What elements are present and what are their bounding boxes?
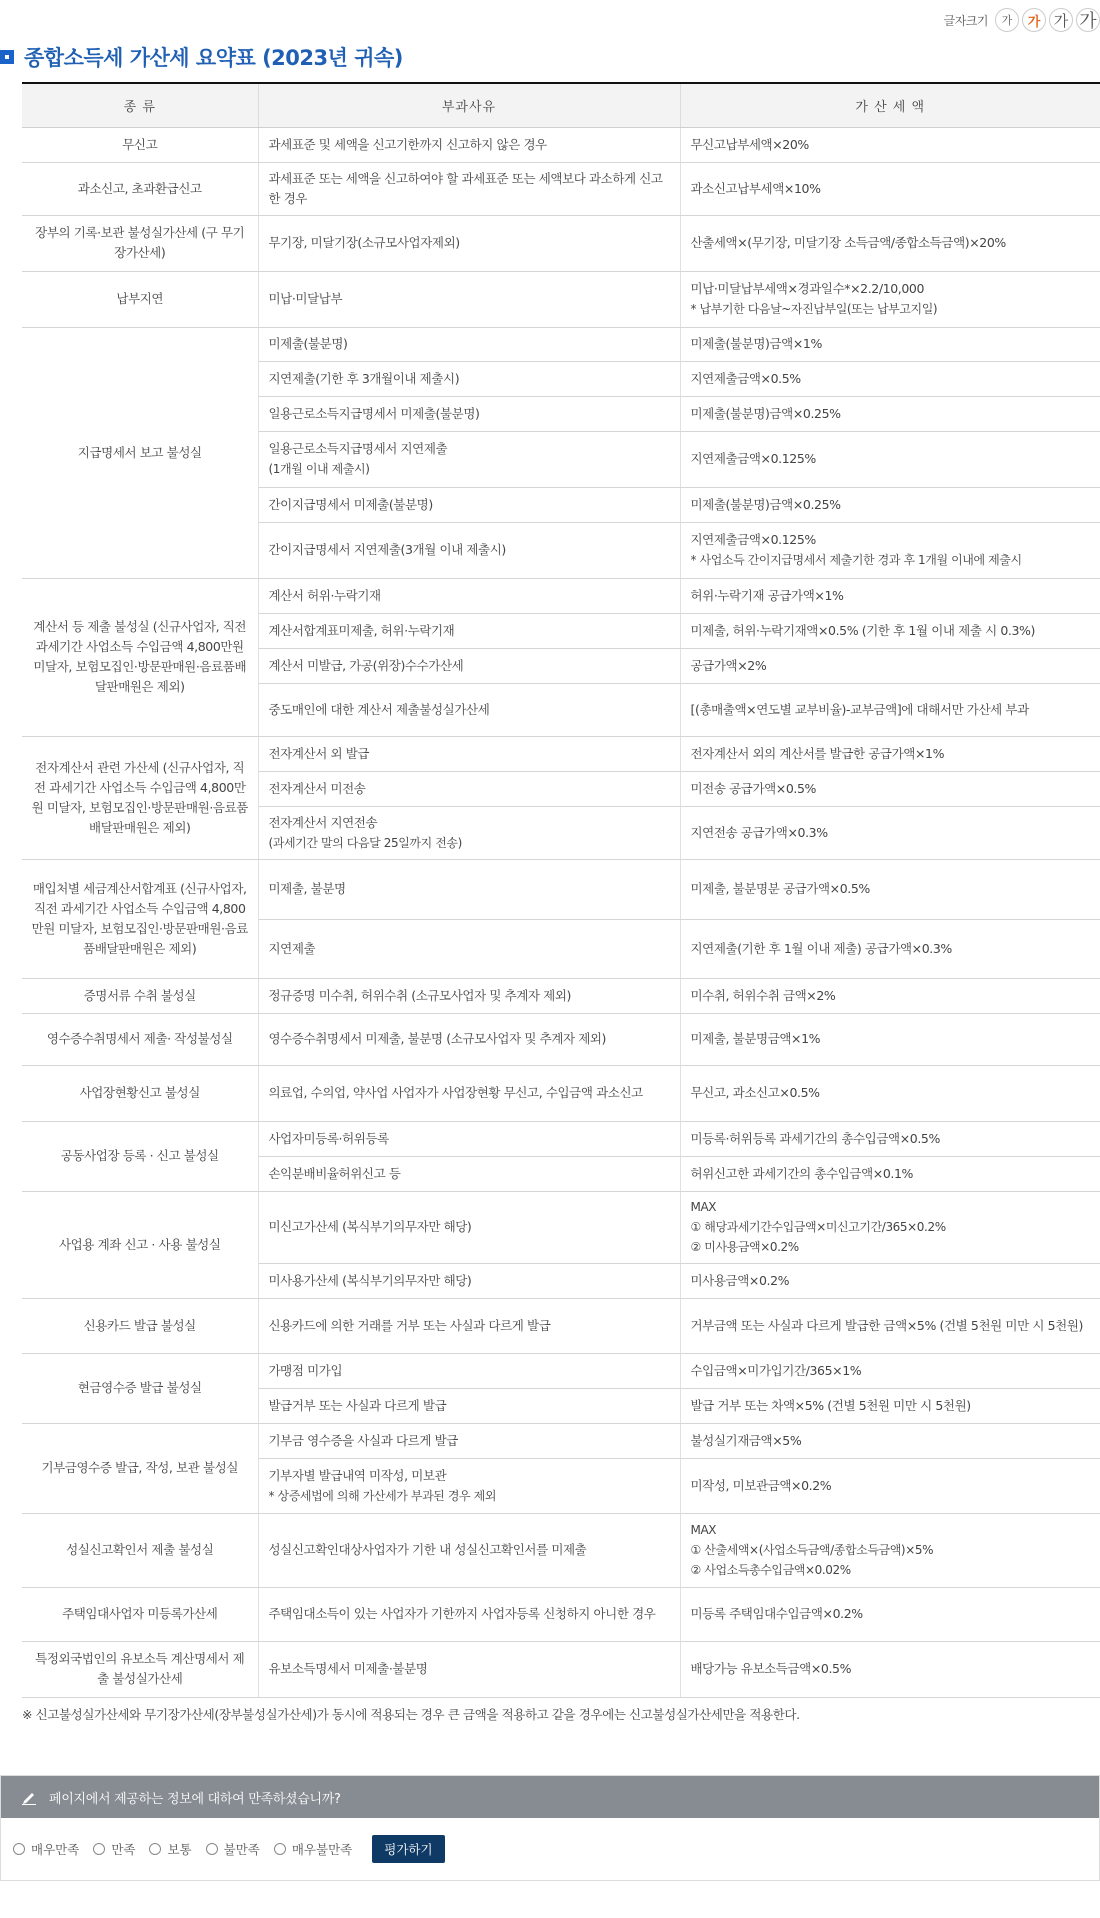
- kind-cell: 특정외국법인의 유보소득 계산명세서 제출 불성실가산세: [22, 1641, 258, 1697]
- amount-cell: 무신고납부세액×20%: [680, 127, 1100, 162]
- table-row: 사업용 계좌 신고 · 사용 불성실 미신고가산세 (복식부기의무자만 해당) …: [22, 1191, 1100, 1263]
- reason-cell: 간이지급명세서 미제출(불분명): [258, 487, 680, 522]
- reason-cell: 미사용가산세 (복식부기의무자만 해당): [258, 1263, 680, 1298]
- table-row: 성실신고확인서 제출 불성실 성실신고확인대상사업자가 기한 내 성실신고확인서…: [22, 1513, 1100, 1587]
- amount-cell: 산출세액×(무기장, 미달기장 소득금액/종합소득금액)×20%: [680, 215, 1100, 271]
- kind-cell: 과소신고, 초과환급신고: [22, 162, 258, 215]
- table-row: 영수증수취명세서 제출· 작성불성실 영수증수취명세서 미제출, 불분명 (소규…: [22, 1013, 1100, 1065]
- amount-cell: 거부금액 또는 사실과 다르게 발급한 금액×5% (건별 5천원 미만 시 5…: [680, 1298, 1100, 1353]
- kind-cell: 무신고: [22, 127, 258, 162]
- table-row: 계산서 등 제출 불성실 (신규사업자, 직전 과세기간 사업소득 수입금액 4…: [22, 578, 1100, 613]
- amount-option-2: ② 사업소득총수입금액×0.02%: [691, 1560, 1091, 1580]
- reason-cell: 기부금 영수증을 사실과 다르게 발급: [258, 1423, 680, 1458]
- reason-cell: 일용근로소득지급명세서 미제출(불분명): [258, 396, 680, 431]
- amount-cell: 미제출(불분명)금액×1%: [680, 327, 1100, 361]
- reason-cell: 계산서합계표미제출, 허위·누락기재: [258, 613, 680, 648]
- kind-cell: 성실신고확인서 제출 불성실: [22, 1513, 258, 1587]
- table-row: 매입처별 세금계산서합계표 (신규사업자, 직전 과세기간 사업소득 수입금액 …: [22, 859, 1100, 919]
- kind-cell: 기부금영수증 발급, 작성, 보관 불성실: [22, 1423, 258, 1513]
- table-row: 과소신고, 초과환급신고 과세표준 또는 세액을 신고하여야 할 과세표준 또는…: [22, 162, 1100, 215]
- reason-cell: 사업자미등록·허위등록: [258, 1121, 680, 1156]
- reason-note: * 상증세법에 의해 가산세가 부과된 경우 제외: [269, 1486, 670, 1506]
- amount-option-2: ② 미사용금액×0.2%: [691, 1237, 1091, 1257]
- reason-cell: 과세표준 또는 세액을 신고하여야 할 과세표준 또는 세액보다 과소하게 신고…: [258, 162, 680, 215]
- page-title-block: 종합소득세 가산세 요약표 (2023년 귀속): [0, 42, 403, 72]
- reason-cell: 지연제출: [258, 919, 680, 978]
- table-row: 공동사업장 등록 · 신고 불성실 사업자미등록·허위등록 미등록·허위등록 과…: [22, 1121, 1100, 1156]
- radio-button[interactable]: [206, 1843, 218, 1855]
- kind-cell: 매입처별 세금계산서합계표 (신규사업자, 직전 과세기간 사업소득 수입금액 …: [22, 859, 258, 978]
- kind-cell: 계산서 등 제출 불성실 (신규사업자, 직전 과세기간 사업소득 수입금액 4…: [22, 578, 258, 736]
- penalty-tax-summary-table: 종 류 부과사유 가 산 세 액 무신고 과세표준 및 세액을 신고기한까지 신…: [22, 82, 1100, 1698]
- font-size-largest-button[interactable]: 가: [1076, 8, 1100, 32]
- reason-cell: 손익분배비율허위신고 등: [258, 1156, 680, 1191]
- amount-cell: MAX① 산출세액×(사업소득금액/종합소득금액)×5%② 사업소득총수입금액×…: [680, 1513, 1100, 1587]
- reason-cell: 정규증명 미수취, 허위수취 (소규모사업자 및 추계자 제외): [258, 978, 680, 1013]
- reason-cell: 의료업, 수의업, 약사업 사업자가 사업장현황 무신고, 수입금액 과소신고: [258, 1065, 680, 1121]
- amount-cell: 미전송 공급가액×0.5%: [680, 771, 1100, 806]
- amount-cell: 지연제출금액×0.125%: [680, 431, 1100, 487]
- reason-cell: 신용카드에 의한 거래를 거부 또는 사실과 다르게 발급: [258, 1298, 680, 1353]
- radio-button[interactable]: [13, 1843, 25, 1855]
- amount-cell: 미제출, 불분명분 공급가액×0.5%: [680, 859, 1100, 919]
- font-size-label: 글자크기: [944, 12, 988, 29]
- kind-cell: 공동사업장 등록 · 신고 불성실: [22, 1121, 258, 1191]
- table-row: 지급명세서 보고 불성실 미제출(불분명) 미제출(불분명)금액×1%: [22, 327, 1100, 361]
- kind-cell: 주택임대사업자 미등록가산세: [22, 1587, 258, 1641]
- reason-note: (과세기간 말의 다음달 25일까지 전송): [269, 833, 670, 853]
- table-row: 납부지연 미납·미달납부 미납·미달납부세액×경과일수*×2.2/10,000*…: [22, 271, 1100, 327]
- table-row: 현금영수증 발급 불성실 가맹점 미가입 수입금액×미가입기간/365×1%: [22, 1353, 1100, 1388]
- reason-cell: 전자계산서 미전송: [258, 771, 680, 806]
- pencil-icon: [21, 1789, 37, 1805]
- table-row: 기부금영수증 발급, 작성, 보관 불성실 기부금 영수증을 사실과 다르게 발…: [22, 1423, 1100, 1458]
- header-reason: 부과사유: [258, 83, 680, 127]
- amount-max-label: MAX: [691, 1520, 1091, 1540]
- reason-cell: 주택임대소득이 있는 사업자가 기한까지 사업자등록 신청하지 아니한 경우: [258, 1587, 680, 1641]
- amount-cell: 허위·누락기재 공급가액×1%: [680, 578, 1100, 613]
- radio-button[interactable]: [93, 1843, 105, 1855]
- reason-cell: 계산서 허위·누락기재: [258, 578, 680, 613]
- amount-text: 지연제출금액×0.125%: [691, 532, 816, 547]
- page-title: 종합소득세 가산세 요약표 (2023년 귀속): [24, 42, 403, 72]
- amount-max-label: MAX: [691, 1197, 1091, 1217]
- amount-option-1: ① 산출세액×(사업소득금액/종합소득금액)×5%: [691, 1540, 1091, 1560]
- reason-cell: 성실신고확인대상사업자가 기한 내 성실신고확인서를 미제출: [258, 1513, 680, 1587]
- table-row: 신용카드 발급 불성실 신용카드에 의한 거래를 거부 또는 사실과 다르게 발…: [22, 1298, 1100, 1353]
- reason-cell: 미납·미달납부: [258, 271, 680, 327]
- radio-button[interactable]: [274, 1843, 286, 1855]
- rating-neutral[interactable]: 보통: [149, 1840, 191, 1858]
- reason-cell: 미신고가산세 (복식부기의무자만 해당): [258, 1191, 680, 1263]
- kind-cell: 장부의 기록·보관 불성실가산세 (구 무기장가산세): [22, 215, 258, 271]
- table-row: 전자계산서 관련 가산세 (신규사업자, 직전 과세기간 사업소득 수입금액 4…: [22, 736, 1100, 771]
- rating-very-dissatisfied[interactable]: 매우불만족: [274, 1840, 352, 1858]
- reason-note: (1개월 이내 제출시): [269, 459, 670, 479]
- satisfaction-survey: 페이지에서 제공하는 정보에 대하여 만족하셨습니까? 매우만족 만족 보통 불…: [0, 1775, 1100, 1881]
- amount-note: * 납부기한 다음날~자진납부일(또는 납부고지일): [691, 299, 1091, 319]
- amount-cell: 미제출, 허위·누락기재액×0.5% (기한 후 1월 이내 제출 시 0.3%…: [680, 613, 1100, 648]
- rating-dissatisfied[interactable]: 불만족: [206, 1840, 260, 1858]
- reason-cell: 미제출, 불분명: [258, 859, 680, 919]
- amount-cell: 지연전송 공급가액×0.3%: [680, 806, 1100, 859]
- amount-cell: 허위신고한 과세기간의 총수입금액×0.1%: [680, 1156, 1100, 1191]
- font-size-smallest-button[interactable]: 가: [995, 8, 1019, 32]
- table-row: 주택임대사업자 미등록가산세 주택임대소득이 있는 사업자가 기한까지 사업자등…: [22, 1587, 1100, 1641]
- kind-cell: 현금영수증 발급 불성실: [22, 1353, 258, 1423]
- kind-cell: 사업장현황신고 불성실: [22, 1065, 258, 1121]
- amount-cell: 미사용금액×0.2%: [680, 1263, 1100, 1298]
- amount-cell: 미제출(불분명)금액×0.25%: [680, 487, 1100, 522]
- amount-cell: 불성실기재금액×5%: [680, 1423, 1100, 1458]
- amount-cell: 과소신고납부세액×10%: [680, 162, 1100, 215]
- option-label: 보통: [167, 1840, 191, 1858]
- amount-option-1: ① 해당과세기간수입금액×미신고기간/365×0.2%: [691, 1217, 1091, 1237]
- amount-cell: 미작성, 미보관금액×0.2%: [680, 1458, 1100, 1513]
- font-size-large-button[interactable]: 가: [1049, 8, 1073, 32]
- option-label: 매우만족: [31, 1840, 79, 1858]
- table-header-row: 종 류 부과사유 가 산 세 액: [22, 83, 1100, 127]
- option-label: 불만족: [224, 1840, 260, 1858]
- table-row: 무신고 과세표준 및 세액을 신고기한까지 신고하지 않은 경우 무신고납부세액…: [22, 127, 1100, 162]
- table-row: 특정외국법인의 유보소득 계산명세서 제출 불성실가산세 유보소득명세서 미제출…: [22, 1641, 1100, 1697]
- survey-question: 페이지에서 제공하는 정보에 대하여 만족하셨습니까?: [49, 1788, 341, 1807]
- reason-cell: 영수증수취명세서 미제출, 불분명 (소규모사업자 및 추계자 제외): [258, 1013, 680, 1065]
- reason-cell: 무기장, 미달기장(소규모사업자제외): [258, 215, 680, 271]
- amount-cell: 미제출(불분명)금액×0.25%: [680, 396, 1100, 431]
- survey-header: 페이지에서 제공하는 정보에 대하여 만족하셨습니까?: [1, 1776, 1099, 1818]
- amount-note: * 사업소득 간이지급명세서 제출기한 경과 후 1개월 이내에 제출시: [691, 550, 1091, 570]
- reason-cell: 유보소득명세서 미제출·불분명: [258, 1641, 680, 1697]
- reason-text: 일용근로소득지급명세서 지연제출: [269, 441, 448, 456]
- font-size-control: 글자크기 가 가 가 가: [944, 8, 1100, 32]
- rating-satisfied[interactable]: 만족: [93, 1840, 135, 1858]
- kind-cell: 전자계산서 관련 가산세 (신규사업자, 직전 과세기간 사업소득 수입금액 4…: [22, 736, 258, 859]
- amount-cell: 미등록 주택임대수입금액×0.2%: [680, 1587, 1100, 1641]
- reason-cell: 기부자별 발급내역 미작성, 미보관* 상증세법에 의해 가산세가 부과된 경우…: [258, 1458, 680, 1513]
- reason-cell: 전자계산서 외 발급: [258, 736, 680, 771]
- amount-text: 미납·미달납부세액×경과일수*×2.2/10,000: [691, 281, 925, 296]
- kind-cell: 납부지연: [22, 271, 258, 327]
- font-size-normal-button[interactable]: 가: [1022, 8, 1046, 32]
- submit-rating-button[interactable]: 평가하기: [372, 1835, 444, 1863]
- kind-cell: 사업용 계좌 신고 · 사용 불성실: [22, 1191, 258, 1298]
- table-row: 장부의 기록·보관 불성실가산세 (구 무기장가산세) 무기장, 미달기장(소규…: [22, 215, 1100, 271]
- title-square-icon: [0, 50, 14, 64]
- amount-cell: 발급 거부 또는 차액×5% (건별 5천원 미만 시 5천원): [680, 1388, 1100, 1423]
- reason-cell: 발급거부 또는 사실과 다르게 발급: [258, 1388, 680, 1423]
- reason-cell: 일용근로소득지급명세서 지연제출(1개월 이내 제출시): [258, 431, 680, 487]
- amount-cell: 미수취, 허위수취 금액×2%: [680, 978, 1100, 1013]
- amount-cell: 미제출, 불분명금액×1%: [680, 1013, 1100, 1065]
- reason-cell: 중도매인에 대한 계산서 제출불성실가산세: [258, 683, 680, 736]
- survey-options: 매우만족 만족 보통 불만족 매우불만족 평가하기: [1, 1818, 1099, 1880]
- amount-cell: 배당가능 유보소득금액×0.5%: [680, 1641, 1100, 1697]
- reason-cell: 미제출(불분명): [258, 327, 680, 361]
- option-label: 만족: [111, 1840, 135, 1858]
- kind-cell: 지급명세서 보고 불성실: [22, 327, 258, 578]
- amount-cell: 지연제출(기한 후 1월 이내 제출) 공급가액×0.3%: [680, 919, 1100, 978]
- reason-text: 기부자별 발급내역 미작성, 미보관: [269, 1468, 447, 1483]
- table-row: 증명서류 수취 불성실 정규증명 미수취, 허위수취 (소규모사업자 및 추계자…: [22, 978, 1100, 1013]
- header-kind: 종 류: [22, 83, 258, 127]
- table-footnote: ※ 신고불성실가산세와 무기장가산세(장부불성실가산세)가 동시에 적용되는 경…: [22, 1705, 800, 1723]
- rating-very-satisfied[interactable]: 매우만족: [13, 1840, 79, 1858]
- kind-cell: 영수증수취명세서 제출· 작성불성실: [22, 1013, 258, 1065]
- amount-cell: 공급가액×2%: [680, 648, 1100, 683]
- amount-cell: 지연제출금액×0.125%* 사업소득 간이지급명세서 제출기한 경과 후 1개…: [680, 522, 1100, 578]
- reason-cell: 지연제출(기한 후 3개월이내 제출시): [258, 361, 680, 396]
- kind-cell: 신용카드 발급 불성실: [22, 1298, 258, 1353]
- kind-cell: 증명서류 수취 불성실: [22, 978, 258, 1013]
- amount-cell: 무신고, 과소신고×0.5%: [680, 1065, 1100, 1121]
- reason-cell: 가맹점 미가입: [258, 1353, 680, 1388]
- amount-cell: 지연제출금액×0.5%: [680, 361, 1100, 396]
- radio-button[interactable]: [149, 1843, 161, 1855]
- table-row: 사업장현황신고 불성실 의료업, 수의업, 약사업 사업자가 사업장현황 무신고…: [22, 1065, 1100, 1121]
- amount-cell: 수입금액×미가입기간/365×1%: [680, 1353, 1100, 1388]
- amount-cell: 미납·미달납부세액×경과일수*×2.2/10,000* 납부기한 다음날~자진납…: [680, 271, 1100, 327]
- reason-cell: 계산서 미발급, 가공(위장)수수가산세: [258, 648, 680, 683]
- amount-cell: 전자계산서 외의 계산서를 발급한 공급가액×1%: [680, 736, 1100, 771]
- reason-cell: 간이지급명세서 지연제출(3개월 이내 제출시): [258, 522, 680, 578]
- header-amount: 가 산 세 액: [680, 83, 1100, 127]
- amount-cell: MAX① 해당과세기간수입금액×미신고기간/365×0.2%② 미사용금액×0.…: [680, 1191, 1100, 1263]
- reason-cell: 전자계산서 지연전송(과세기간 말의 다음달 25일까지 전송): [258, 806, 680, 859]
- option-label: 매우불만족: [292, 1840, 352, 1858]
- reason-text: 전자계산서 지연전송: [269, 815, 378, 830]
- amount-cell: [(총매출액×연도별 교부비율)-교부금액]에 대해서만 가산세 부과: [680, 683, 1100, 736]
- reason-cell: 과세표준 및 세액을 신고기한까지 신고하지 않은 경우: [258, 127, 680, 162]
- amount-cell: 미등록·허위등록 과세기간의 총수입금액×0.5%: [680, 1121, 1100, 1156]
